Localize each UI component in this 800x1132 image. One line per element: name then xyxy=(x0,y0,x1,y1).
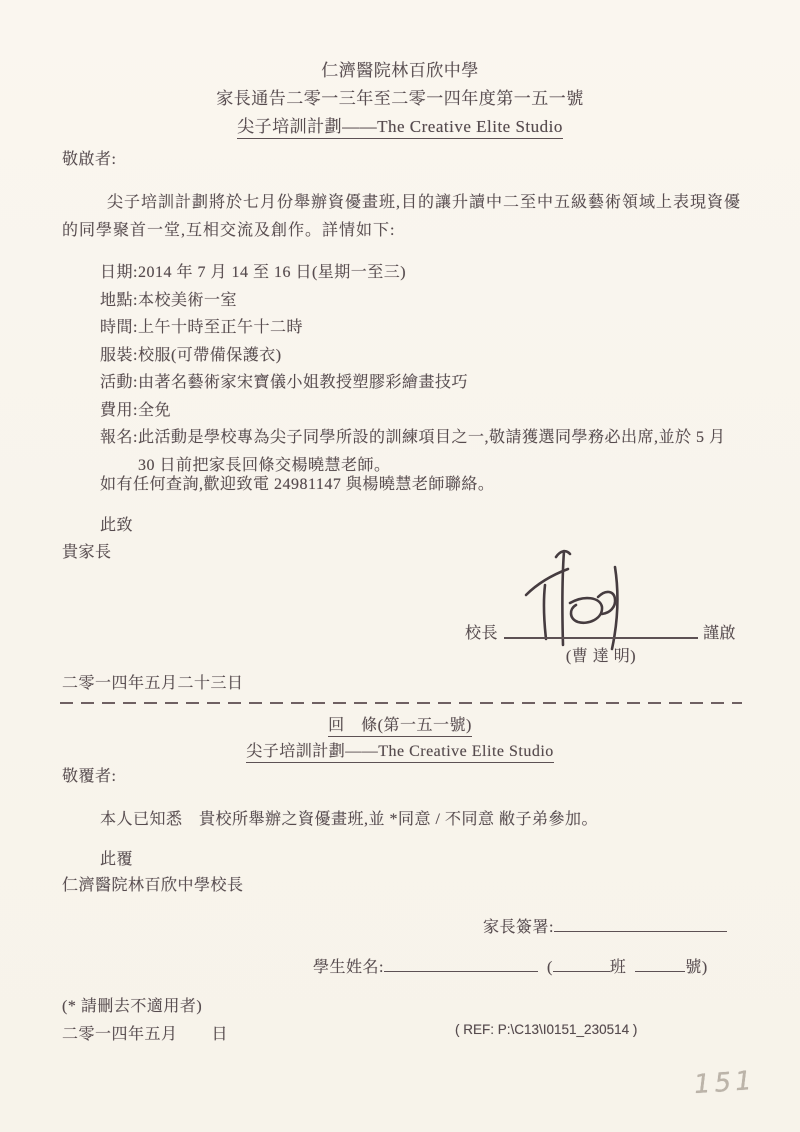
reply-slip-title-text: 回 條(第一五一號) xyxy=(328,717,472,737)
detail-value: 全免 xyxy=(138,397,742,425)
ref-code: ( REF: P:\C13\I0151_230514 ) xyxy=(455,1022,637,1037)
detail-label: 費用: xyxy=(100,397,138,425)
principal-signature-line xyxy=(504,637,698,639)
letter-closing: 此致 xyxy=(100,512,133,540)
detail-row-venue: 地點: 本校美術一室 xyxy=(100,287,742,315)
pencil-page-number: 151 xyxy=(693,1066,757,1100)
detail-row-fee: 費用: 全免 xyxy=(100,397,742,425)
principal-role-label: 校長 xyxy=(465,620,498,648)
student-name-blank xyxy=(384,955,538,972)
student-number-blank xyxy=(635,955,685,972)
reply-date-suffix: 日 xyxy=(212,1026,229,1043)
intro-paragraph: 尖子培訓計劃將於七月份舉辦資優畫班,目的讓升讀中二至中五級藝術領域上表現資優的同… xyxy=(62,189,742,244)
notice-number-line: 家長通告二零一三年至二零一四年度第一五一號 xyxy=(0,85,800,113)
detail-label: 活動: xyxy=(100,369,138,397)
parent-signature-blank xyxy=(554,915,727,932)
detail-value: 本校美術一室 xyxy=(138,287,742,315)
detail-label: 服裝: xyxy=(100,342,138,370)
detail-value: 校服(可帶備保護衣) xyxy=(138,342,742,370)
reply-body: 本人已知悉 貴校所舉辦之資優畫班,並 *同意 / 不同意 敝子弟參加。 xyxy=(100,806,742,834)
delete-note-footnote: (* 請刪去不適用者) xyxy=(62,993,202,1021)
enquiry-line: 如有任何查詢,歡迎致電 24981147 與楊曉慧老師聯絡。 xyxy=(100,471,494,499)
class-close-paren: ) xyxy=(702,959,708,976)
reply-date-line: 二零一四年五月日 xyxy=(62,1021,228,1049)
class-open-paren: ( xyxy=(538,959,553,976)
scanned-notice-page: 仁濟醫院林百欣中學 家長通告二零一三年至二零一四年度第一五一號 尖子培訓計劃——… xyxy=(0,0,800,1132)
detail-row-date: 日期: 2014 年 7 月 14 至 16 日(星期一至三) xyxy=(100,259,742,287)
reply-slip-subtitle: 尖子培訓計劃——The Creative Elite Studio xyxy=(0,738,800,766)
student-name-row: 學生姓名:(班號) xyxy=(313,954,708,982)
reply-slip-subtitle-text: 尖子培訓計劃——The Creative Elite Studio xyxy=(246,743,554,763)
class-label: 班 xyxy=(610,959,627,976)
detail-value: 2014 年 7 月 14 至 16 日(星期一至三) xyxy=(138,259,742,287)
school-name: 仁濟醫院林百欣中學 xyxy=(0,57,800,85)
letter-addressee: 貴家長 xyxy=(62,539,112,567)
parent-signature-label: 家長簽署: xyxy=(483,919,554,936)
student-name-label: 學生姓名: xyxy=(313,959,384,976)
reply-date-prefix: 二零一四年五月 xyxy=(62,1026,178,1043)
letter-date: 二零一四年五月二十三日 xyxy=(62,670,244,698)
detail-value: 由著名藝術家宋寶儀小姐教授塑膠彩繪畫技巧 xyxy=(138,369,742,397)
detail-row-dress: 服裝: 校服(可帶備保護衣) xyxy=(100,342,742,370)
detail-row-activity: 活動: 由著名藝術家宋寶儀小姐教授塑膠彩繪畫技巧 xyxy=(100,369,742,397)
reply-salutation: 敬覆者: xyxy=(62,763,116,791)
sign-off-label: 謹啟 xyxy=(703,620,736,648)
detail-value: 上午十時至正午十二時 xyxy=(138,314,742,342)
detail-label: 日期: xyxy=(100,259,138,287)
student-number-label: 號 xyxy=(685,959,702,976)
details-list: 日期: 2014 年 7 月 14 至 16 日(星期一至三) 地點: 本校美術… xyxy=(100,259,742,479)
detail-row-time: 時間: 上午十時至正午十二時 xyxy=(100,314,742,342)
detail-label: 時間: xyxy=(100,314,138,342)
program-title-text: 尖子培訓計劃——The Creative Elite Studio xyxy=(237,117,563,139)
reply-slip-title: 回 條(第一五一號) xyxy=(0,712,800,740)
reply-addressee: 仁濟醫院林百欣中學校長 xyxy=(62,872,244,900)
tear-off-divider xyxy=(60,702,742,704)
program-title: 尖子培訓計劃——The Creative Elite Studio xyxy=(0,113,800,141)
class-blank xyxy=(553,955,610,972)
principal-name: (曹 達 明) xyxy=(504,645,698,669)
reply-closing: 此覆 xyxy=(100,846,133,874)
letter-salutation: 敬啟者: xyxy=(62,146,116,174)
parent-signature-row: 家長簽署: xyxy=(483,914,727,942)
detail-label: 地點: xyxy=(100,287,138,315)
